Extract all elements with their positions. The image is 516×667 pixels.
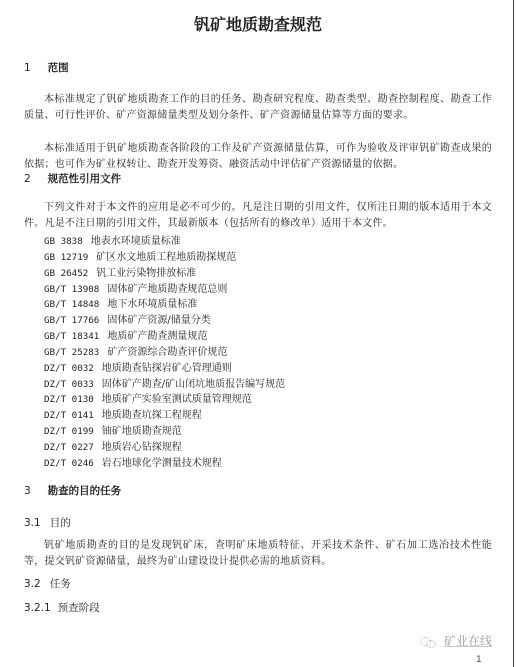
- reference-item: GB/T 17766固体矿产资源/储量分类: [44, 313, 285, 329]
- reference-code: GB/T 17766: [44, 313, 99, 329]
- watermark-text: 矿业在线: [444, 634, 492, 648]
- section-title: 规范性引用文件: [48, 173, 122, 185]
- reference-item: DZ/T 0199铀矿地质勘查规范: [44, 424, 285, 440]
- section-number: 3: [24, 485, 40, 497]
- reference-title: 地质矿产实验室测试质量管理规范: [102, 394, 252, 405]
- section-2-heading: 2 规范性引用文件: [24, 171, 121, 186]
- section-2-paragraph: 下列文件对于本文件的应用是必不可少的。凡是注日期的引用文件，仅所注日期的版本适用…: [24, 200, 492, 232]
- section-title: 勘查的目的任务: [48, 485, 122, 497]
- reference-title: 地质勘查坑探工程规程: [102, 410, 202, 421]
- reference-code: DZ/T 0130: [44, 392, 94, 408]
- section-number: 3.2.1: [24, 602, 51, 614]
- reference-title: 矿区水文地质工程地质勘探规范: [96, 252, 236, 263]
- reference-item: GB/T 13908固体矿产地质勘查规范总则: [44, 282, 285, 298]
- reference-code: DZ/T 0246: [44, 456, 94, 472]
- reference-code: GB/T 18341: [44, 329, 99, 345]
- reference-item: GB 12719矿区水文地质工程地质勘探规范: [44, 250, 285, 266]
- section-number: 2: [24, 173, 40, 185]
- section-3-2-heading: 3.2任务: [24, 576, 71, 591]
- reference-code: DZ/T 0199: [44, 424, 94, 440]
- section-title: 任务: [50, 578, 71, 590]
- reference-code: GB/T 25283: [44, 345, 99, 361]
- section-title: 范围: [48, 62, 69, 74]
- watermark: 矿业在线: [420, 632, 492, 649]
- reference-item: DZ/T 0130地质矿产实验室测试质量管理规范: [44, 392, 285, 408]
- reference-title: 地质勘查钻探岩矿心管理通则: [102, 363, 232, 374]
- section-3-1-paragraph: 钒矿地质勘查的目的是发现钒矿床，查明矿床地质特征、开采技术条件、矿石加工选冶技术…: [24, 538, 492, 570]
- page-edge-divider: [513, 0, 514, 667]
- reference-item: DZ/T 0227地质岩心钻探规程: [44, 440, 285, 456]
- reference-item: GB/T 14848地下水环境质量标准: [44, 297, 285, 313]
- section-1-paragraph-1: 本标准规定了钒矿地质勘查工作的目的任务、勘查研究程度、勘查类型、勘查控制程度、勘…: [24, 92, 492, 124]
- document-page: 钒矿地质勘查规范 1 范围 本标准规定了钒矿地质勘查工作的目的任务、勘查研究程度…: [0, 0, 516, 667]
- reference-code: GB/T 14848: [44, 297, 99, 313]
- reference-item: GB 3838地表水环境质量标准: [44, 234, 285, 250]
- reference-item: DZ/T 0246岩石地球化学测量技术规程: [44, 456, 285, 472]
- section-3-1-heading: 3.1目的: [24, 515, 71, 530]
- section-1-paragraph-2: 本标准适用于钒矿地质勘查各阶段的工作及矿产资源储量估算，可作为验收及评审钒矿勘查…: [24, 141, 492, 173]
- reference-item: GB/T 25283矿产资源综合勘查评价规范: [44, 345, 285, 361]
- reference-title: 铀矿地质勘查规范: [102, 426, 182, 437]
- section-3-heading: 3 勘查的目的任务: [24, 483, 121, 498]
- reference-code: DZ/T 0227: [44, 440, 94, 456]
- reference-title: 钒工业污染物排放标准: [96, 268, 196, 279]
- page-number: 1: [476, 655, 482, 665]
- reference-code: GB 12719: [44, 250, 88, 266]
- reference-code: DZ/T 0032: [44, 361, 94, 377]
- reference-item: GB/T 18341地质矿产勘查测量规范: [44, 329, 285, 345]
- section-title: 预查阶段: [58, 602, 100, 614]
- reference-title: 固体矿产资源/储量分类: [107, 315, 210, 326]
- reference-title: 地表水环境质量标准: [91, 236, 181, 247]
- reference-title: 矿产资源综合勘查评价规范: [107, 347, 227, 358]
- reference-title: 地质岩心钻探规程: [102, 442, 182, 453]
- reference-title: 固体矿产勘查/矿山闭坑地质报告编写规范: [102, 379, 285, 390]
- reference-item: DZ/T 0033固体矿产勘查/矿山闭坑地质报告编写规范: [44, 377, 285, 393]
- section-title: 目的: [50, 517, 71, 529]
- reference-item: GB 26452钒工业污染物排放标准: [44, 266, 285, 282]
- reference-code: GB 3838: [44, 234, 83, 250]
- reference-title: 地质矿产勘查测量规范: [107, 331, 207, 342]
- reference-title: 固体矿产地质勘查规范总则: [107, 284, 227, 295]
- section-number: 3.2: [24, 578, 41, 590]
- reference-code: GB 26452: [44, 266, 88, 282]
- wechat-icon: [420, 636, 436, 647]
- reference-item: DZ/T 0141地质勘查坑探工程规程: [44, 408, 285, 424]
- section-3-2-1-heading: 3.2.1预查阶段: [24, 600, 100, 615]
- reference-item: DZ/T 0032地质勘查钻探岩矿心管理通则: [44, 361, 285, 377]
- section-1-heading: 1 范围: [24, 60, 69, 75]
- section-number: 1: [24, 62, 40, 74]
- reference-title: 岩石地球化学测量技术规程: [102, 458, 222, 469]
- reference-code: DZ/T 0033: [44, 377, 94, 393]
- normative-references-list: GB 3838地表水环境质量标准 GB 12719矿区水文地质工程地质勘探规范 …: [44, 234, 285, 472]
- reference-code: GB/T 13908: [44, 282, 99, 298]
- reference-title: 地下水环境质量标准: [107, 299, 197, 310]
- section-number: 3.1: [24, 517, 41, 529]
- reference-code: DZ/T 0141: [44, 408, 94, 424]
- document-title: 钒矿地质勘查规范: [0, 12, 516, 35]
